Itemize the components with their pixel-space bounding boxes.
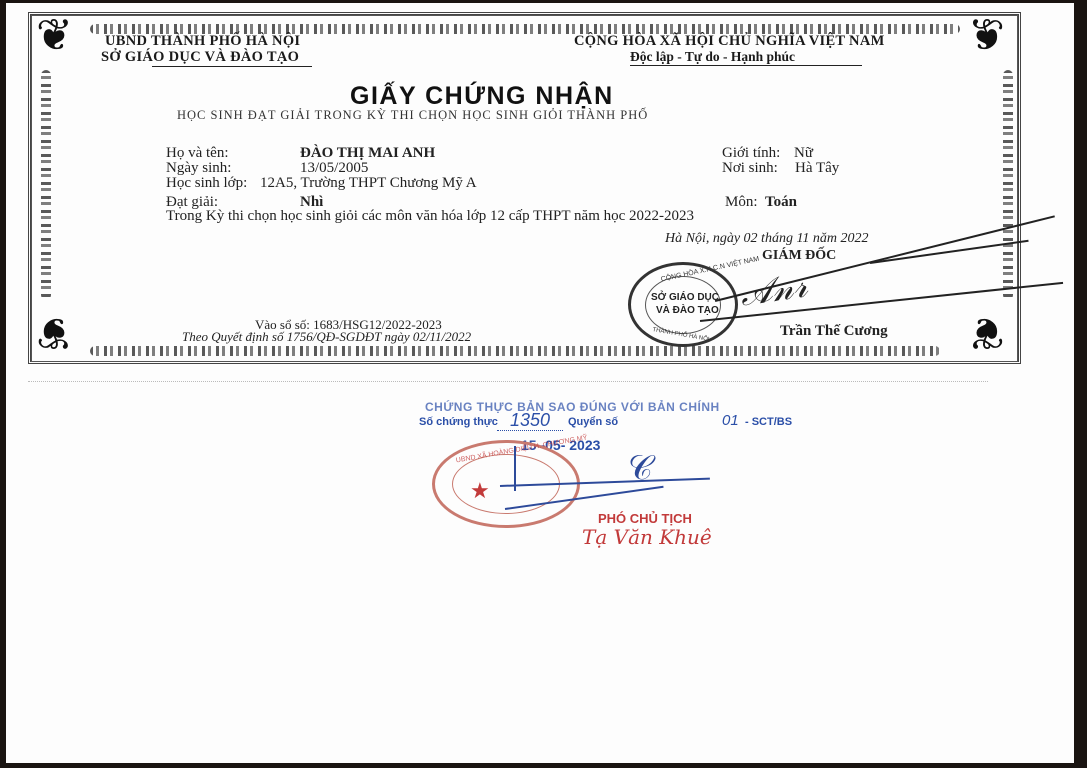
class-label: Học sinh lớp: <box>166 175 247 192</box>
cut-line <box>28 381 988 382</box>
book-suffix: - SCT/BS <box>745 416 792 428</box>
certificate-subtitle: HỌC SINH ĐẠT GIẢI TRONG KỲ THI CHỌN HỌC … <box>177 108 648 123</box>
issuer-line-2: SỞ GIÁO DỤC VÀ ĐÀO TẠO <box>101 49 299 66</box>
class-value: 12A5, Trường THPT Chương Mỹ A <box>260 175 477 192</box>
book-label: Quyển số <box>568 416 618 428</box>
corner-ornament-icon: ❦ <box>968 14 1005 58</box>
corner-ornament-icon: ❦ <box>36 14 73 58</box>
signer-name: Trần Thế Cương <box>780 323 888 340</box>
star-emblem-icon: ★ <box>470 478 490 504</box>
scan-edge <box>1074 0 1087 768</box>
corner-ornament-icon: ❦ <box>36 310 73 354</box>
certification-heading: CHỨNG THỰC BẢN SAO ĐÚNG VỚI BẢN CHÍNH <box>425 400 720 414</box>
issue-date: Hà Nội, ngày 02 tháng 11 năm 2022 <box>665 231 869 247</box>
decision-line: Theo Quyết định số 1756/QĐ-SGDĐT ngày 02… <box>182 329 471 345</box>
certification-number-label: Số chứng thực <box>419 416 498 428</box>
corner-ornament-icon: ❦ <box>968 310 1005 354</box>
ornament-right <box>1003 70 1013 300</box>
vice-chair-title: PHÓ CHỦ TỊCH <box>598 511 692 526</box>
nation-line-1: CỘNG HÒA XÃ HỘI CHỦ NGHĨA VIỆT NAM <box>574 33 885 50</box>
seal-text-center-1: SỞ GIÁO DỤC <box>651 292 719 303</box>
signature-stroke <box>514 446 516 491</box>
issuer-underline <box>152 66 312 67</box>
birthplace-label: Nơi sinh: <box>722 160 778 177</box>
birthplace-value: Hà Tây <box>795 160 839 177</box>
nation-line-2: Độc lập - Tự do - Hạnh phúc <box>630 49 795 65</box>
subject-label: Môn: <box>725 194 758 211</box>
ornament-left <box>41 70 51 300</box>
book-value: 01 <box>722 412 739 429</box>
subject-value: Toán <box>765 194 797 211</box>
nation-underline <box>630 65 862 66</box>
signer-title: GIÁM ĐỐC <box>762 248 836 264</box>
issuer-line-1: UBND THÀNH PHỐ HÀ NỘI <box>105 33 300 50</box>
certificate-title: GIẤY CHỨNG NHẬN <box>350 82 614 111</box>
vice-chair-signature: 𝒞 <box>628 448 653 488</box>
seal-text-center-2: VÀ ĐÀO TẠO <box>656 305 719 316</box>
vice-chair-name: Tạ Văn Khuê <box>582 525 712 549</box>
certification-number-value: 1350 <box>510 410 550 431</box>
exam-line: Trong Kỳ thi chọn học sinh giỏi các môn … <box>166 208 694 225</box>
ornament-bottom <box>90 346 940 356</box>
